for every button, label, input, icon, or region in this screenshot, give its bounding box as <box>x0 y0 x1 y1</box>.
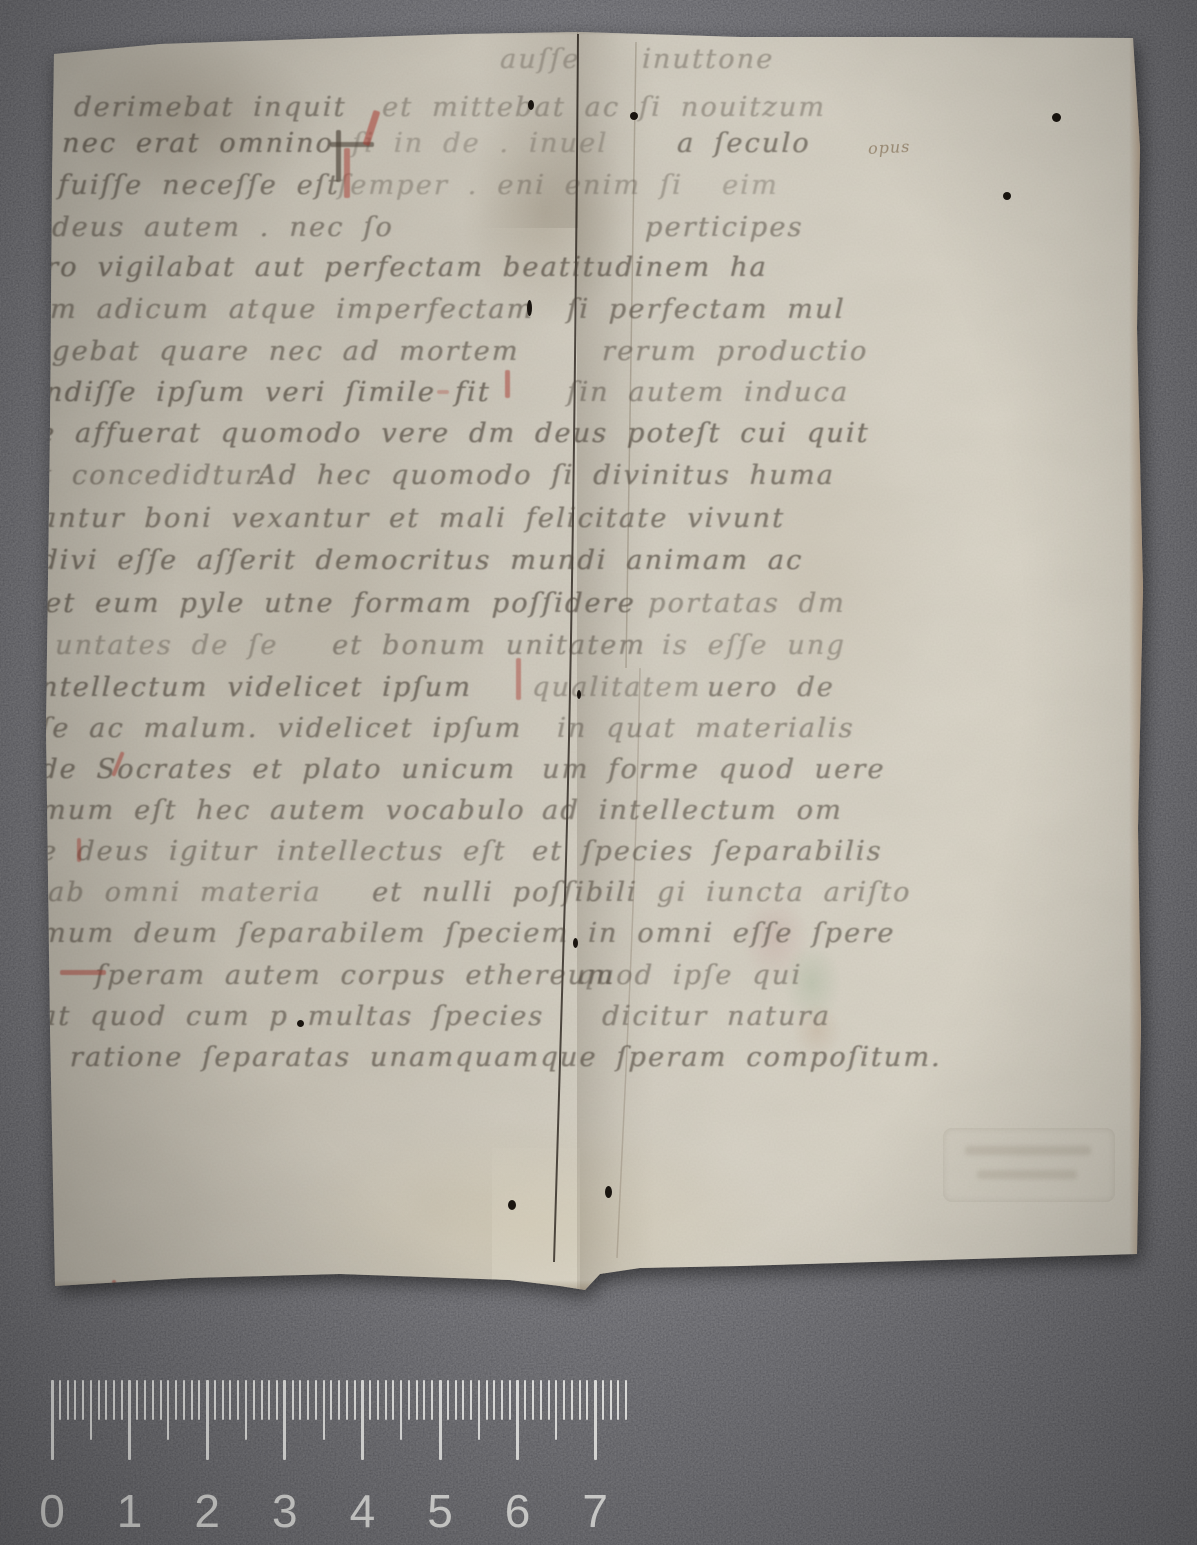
manuscript-text-line: derimebat inquit <box>73 92 347 123</box>
manuscript-text-line: et eum pyle utne formam poſſidere <box>44 588 636 619</box>
manuscript-text-line: e deus igitur intellectus eſt <box>39 836 507 867</box>
rubric-mark <box>505 370 510 398</box>
rubric-mark <box>77 838 81 862</box>
rubric-mark <box>516 658 521 700</box>
manuscript-text-line: gebat quare nec ad mortem <box>51 336 520 367</box>
manuscript-text-line: t concedidtur. <box>39 460 268 491</box>
rubric-mark <box>40 205 50 239</box>
parchment-edge <box>40 28 1143 35</box>
rubric-mark <box>437 390 449 394</box>
manuscript-text-line: ab omni materia <box>47 877 322 908</box>
stamp-line <box>965 1146 1091 1155</box>
manuscript-text-line: untates de ſe <box>54 630 279 661</box>
parchment-leaf: auſſeinuttonederimebat inquitet mittebat… <box>40 28 1143 1290</box>
manuscript-text-line: mum eſt hec autem vocabulo <box>39 795 526 826</box>
manuscript-text-line: et mittebat ac ſi nouitzum <box>381 92 826 123</box>
manuscript-text-line: antur boni vexantur et mali felicitate v… <box>39 503 785 534</box>
manuscript-text-line: fuiſſe neceſſe eſt <box>57 170 340 201</box>
manuscript-text-line: Ad hec quomodo ſi divinitus huma <box>256 460 835 491</box>
manuscript-text-line: m adicum atque imperfectam <box>49 294 534 325</box>
manuscript-text-line: inuttone <box>641 44 774 75</box>
manuscript-text-line: divi eſſe aſſerit democritus mundi anima… <box>39 545 803 576</box>
paraph-mark <box>336 130 341 182</box>
manuscript-text-line: ſe ac malum. videlicet ipſum <box>39 713 522 744</box>
manuscript-text-line: ſperam autem corpus ethereum <box>94 960 615 991</box>
ink-spot <box>1052 113 1061 122</box>
ink-spot <box>508 1200 516 1210</box>
manuscript-text-line: ndiſſe ipſum veri ſimile fit <box>44 377 491 408</box>
manuscript-text-line: quod ipſe qui <box>576 960 802 991</box>
manuscript-text-line: rerum productio <box>601 336 868 367</box>
ink-spot <box>528 100 534 110</box>
manuscript-text-line: dicitur natura <box>601 1001 831 1032</box>
manuscript-text-line: in quat materialis <box>556 713 855 744</box>
manuscript-text-line: mum deum ſeparabilem ſpeciem in omni eſſ… <box>39 918 895 949</box>
ink-spot <box>577 690 581 699</box>
manuscript-text-line: a ſeculo <box>676 128 811 159</box>
manuscript-text-line: de Socrates et plato unicum <box>39 754 516 785</box>
manuscript-text-line: t ratione ſeparatas unamquamque ſperam c… <box>37 1042 942 1073</box>
manuscript-text-line: ad intellectum om <box>541 795 843 826</box>
rubric-mark <box>60 970 106 975</box>
manuscript-text-line: deus autem . nec ſo <box>51 212 394 243</box>
ink-spot <box>573 938 578 948</box>
manuscript-text-line: ſin autem induca <box>566 377 849 408</box>
manuscript-text-line: eim <box>721 170 779 201</box>
manuscript-text-line: ſi perfectam mul <box>566 294 846 325</box>
ink-spot <box>1003 192 1011 200</box>
ink-spot <box>605 1186 612 1198</box>
manuscript-text-line: is eſſe ung <box>661 630 846 661</box>
manuscript-text-line: at quod cum p multas ſpecies <box>39 1001 544 1032</box>
manuscript-text-line: nec erat omnino <box>61 128 334 159</box>
margin-note: opus <box>868 137 911 158</box>
ink-spot <box>630 112 638 120</box>
manuscript-text-line: ntellectum videlicet ipſum <box>39 672 472 703</box>
blind-stamp <box>943 1128 1115 1202</box>
manuscript-text-line: et nulli poſſibili <box>371 877 638 908</box>
manuscript-text-line: auſſe <box>499 44 581 75</box>
manuscript-text-line: e affuerat quomodo vere dm deus poteſt c… <box>37 418 870 449</box>
manuscript-text-line: um forme quod uere <box>541 754 886 785</box>
manuscript-text-line: portatas dm <box>647 588 846 619</box>
photograph: auſſeinuttonederimebat inquitet mittebat… <box>0 0 1197 1545</box>
parchment-edge <box>40 1280 1143 1290</box>
ink-spot <box>297 1020 304 1027</box>
ink-spot <box>527 300 532 316</box>
manuscript-text-line: perticipes <box>644 212 804 243</box>
manuscript-text-line: et ſpecies ſeparabilis <box>531 836 883 867</box>
rubric-mark <box>344 148 350 198</box>
manuscript-text-line: ſemper . eni enim ſi <box>337 170 683 201</box>
parchment-surface: auſſeinuttonederimebat inquitet mittebat… <box>40 28 1143 1290</box>
manuscript-text-line: et bonum unitatem <box>331 630 646 661</box>
manuscript-text-line: ſi in de . inuel <box>351 128 608 159</box>
manuscript-text-line: gi iuncta ariſto <box>656 877 912 908</box>
manuscript-text-line: uero de <box>706 672 835 703</box>
manuscript-text-line: ro vigilabat aut perfectam beatitudinem … <box>44 252 768 283</box>
stamp-line <box>977 1170 1077 1179</box>
parchment-edge <box>1129 28 1143 1290</box>
manuscript-text-line: qualitatem <box>531 672 702 703</box>
